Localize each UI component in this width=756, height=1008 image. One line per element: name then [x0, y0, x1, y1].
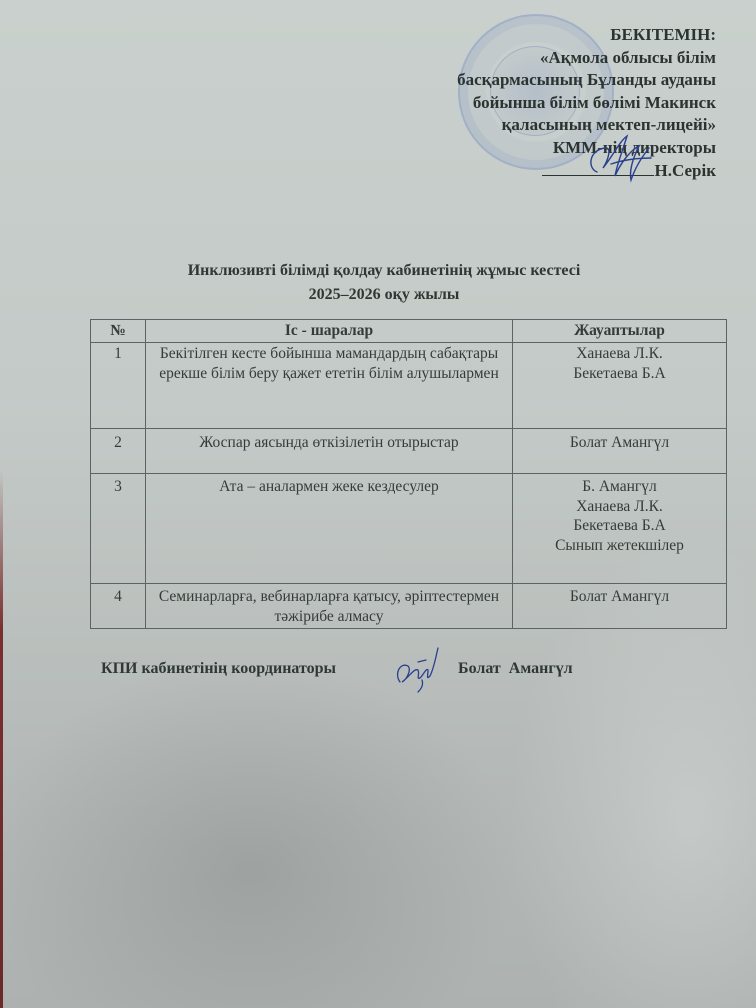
responsible-person: Ханаева Л.К.	[517, 497, 722, 517]
row-activity: Семинарларға, вебинарларға қатысу, әріпт…	[146, 584, 513, 629]
academic-year: 2025–2026 оқу жылы	[6, 283, 756, 307]
header-number: №	[91, 320, 146, 343]
row-number: 2	[91, 429, 146, 474]
responsible-person: Б. Амангүл	[517, 477, 722, 497]
approval-line: КММ-нің директоры	[386, 137, 716, 160]
approval-line: қаласының мектеп-лицейі»	[386, 114, 716, 137]
approval-line: бойынша білім бөлімі Макинск	[386, 92, 716, 115]
approval-heading: БЕКІТЕМІН:	[386, 24, 716, 47]
row-activity: Бекітілген кесте бойынша мамандардың саб…	[146, 343, 513, 429]
header-activities: Іс - шаралар	[146, 320, 513, 343]
coordinator-name: Болат Амангүл	[458, 660, 573, 678]
row-number: 3	[91, 474, 146, 584]
row-number: 4	[91, 584, 146, 629]
coordinator-role: КПИ кабинетінің координаторы	[101, 660, 336, 678]
work-schedule-table: № Іс - шаралар Жауаптылар 1 Бекітілген к…	[90, 319, 727, 629]
document-title: Инклюзивті білімді қолдау кабинетінің жұ…	[6, 259, 756, 283]
approval-signature-row: Н.Серік	[386, 160, 716, 183]
responsible-person: Бекетаева Б.А	[517, 516, 722, 536]
row-responsible: Ханаева Л.К. Бекетаева Б.А	[513, 343, 727, 429]
table-row: 3 Ата – аналармен жеке кездесулер Б. Ама…	[91, 474, 727, 584]
row-responsible: Болат Амангүл	[513, 429, 727, 474]
row-responsible: Б. Амангүл Ханаева Л.К. Бекетаева Б.А Сы…	[513, 474, 727, 584]
responsible-person: Болат Амангүл	[517, 587, 722, 607]
table-header-row: № Іс - шаралар Жауаптылар	[91, 320, 727, 343]
responsible-person: Бекетаева Б.А	[517, 364, 722, 384]
responsible-person: Ханаева Л.К.	[517, 344, 722, 364]
approval-block: БЕКІТЕМІН: «Ақмола облысы білім басқарма…	[386, 24, 716, 182]
coordinator-signature-icon	[392, 644, 442, 694]
header-responsible: Жауаптылар	[513, 320, 727, 343]
director-name: Н.Серік	[655, 161, 716, 180]
row-activity: Ата – аналармен жеке кездесулер	[146, 474, 513, 584]
row-activity: Жоспар аясында өткізілетін отырыстар	[146, 429, 513, 474]
page-edge-shadow	[0, 470, 3, 1008]
table-row: 2 Жоспар аясында өткізілетін отырыстар Б…	[91, 429, 727, 474]
approval-line: «Ақмола облысы білім	[386, 47, 716, 70]
table-row: 1 Бекітілген кесте бойынша мамандардың с…	[91, 343, 727, 429]
table-row: 4 Семинарларға, вебинарларға қатысу, әрі…	[91, 584, 727, 629]
director-signature-icon	[583, 128, 663, 184]
approval-line: басқармасының Бұланды ауданы	[386, 69, 716, 92]
responsible-person: Сынып жетекшілер	[517, 536, 722, 556]
row-responsible: Болат Амангүл	[513, 584, 727, 629]
row-number: 1	[91, 343, 146, 429]
responsible-person: Болат Амангүл	[517, 433, 722, 453]
